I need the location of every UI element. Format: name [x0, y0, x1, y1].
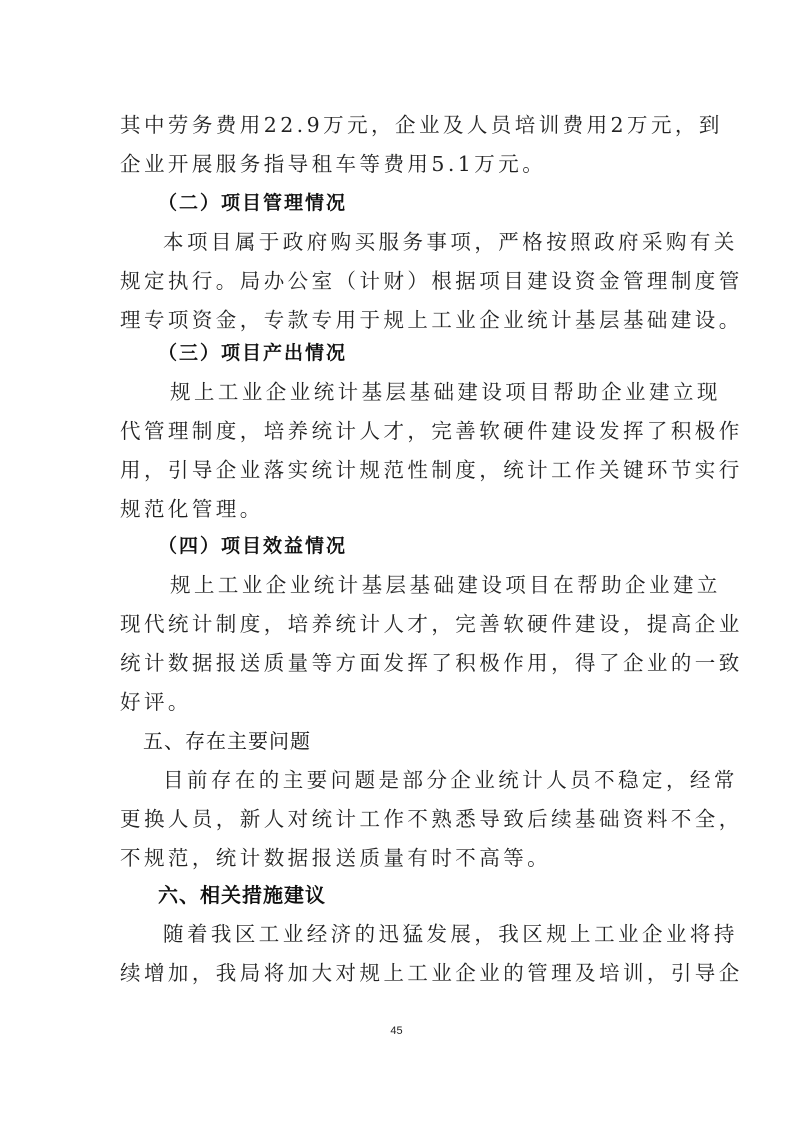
- section-heading-main-problems: 五、存在主要问题: [143, 726, 311, 756]
- body-line: 规范化管理。: [120, 494, 686, 524]
- body-line: 其中劳务费用22.9万元，企业及人员培训费用2万元，到: [120, 110, 686, 140]
- body-line: 目前存在的主要问题是部分企业统计人员不稳定，经常: [163, 765, 686, 795]
- body-line: 本项目属于政府购买服务事项，严格按照政府采购有关: [163, 227, 686, 257]
- body-line: 现代统计制度，培养统计人才，完善软硬件建设，提高企业: [120, 609, 686, 639]
- body-line: 理专项资金，专款专用于规上工业企业统计基层基础建设。: [120, 305, 686, 335]
- body-line: 更换人员，新人对统计工作不熟悉导致后续基础资料不全，: [120, 804, 686, 834]
- body-line: 用，引导企业落实统计规范性制度，统计工作关键环节实行: [120, 455, 686, 485]
- body-line: 续增加，我局将加大对规上工业企业的管理及培训，引导企: [120, 958, 686, 988]
- body-line: 不规范，统计数据报送质量有时不高等。: [120, 843, 686, 873]
- section-heading-project-output: （三）项目产出情况: [158, 338, 347, 368]
- body-line: 规上工业企业统计基层基础建设项目帮助企业建立现: [170, 377, 686, 407]
- body-line: 随着我区工业经济的迅猛发展，我区规上工业企业将持: [163, 919, 686, 949]
- body-line: 代管理制度，培养统计人才，完善软硬件建设发挥了积极作: [120, 416, 686, 446]
- section-heading-project-benefit: （四）项目效益情况: [158, 531, 347, 561]
- document-page: 其中劳务费用22.9万元，企业及人员培训费用2万元，到 企业开展服务指导租车等费…: [0, 0, 793, 1122]
- body-line: 统计数据报送质量等方面发挥了积极作用，得了企业的一致: [120, 648, 686, 678]
- body-line: 规定执行。局办公室（计财）根据项目建设资金管理制度管: [120, 266, 686, 296]
- body-line: 规上工业企业统计基层基础建设项目在帮助企业建立: [170, 570, 686, 600]
- body-line: 企业开展服务指导租车等费用5.1万元。: [120, 149, 686, 179]
- body-line: 好评。: [120, 687, 686, 717]
- section-heading-measures: 六、相关措施建议: [158, 880, 326, 910]
- page-number: 45: [0, 1025, 793, 1037]
- section-heading-project-management: （二）项目管理情况: [158, 188, 347, 218]
